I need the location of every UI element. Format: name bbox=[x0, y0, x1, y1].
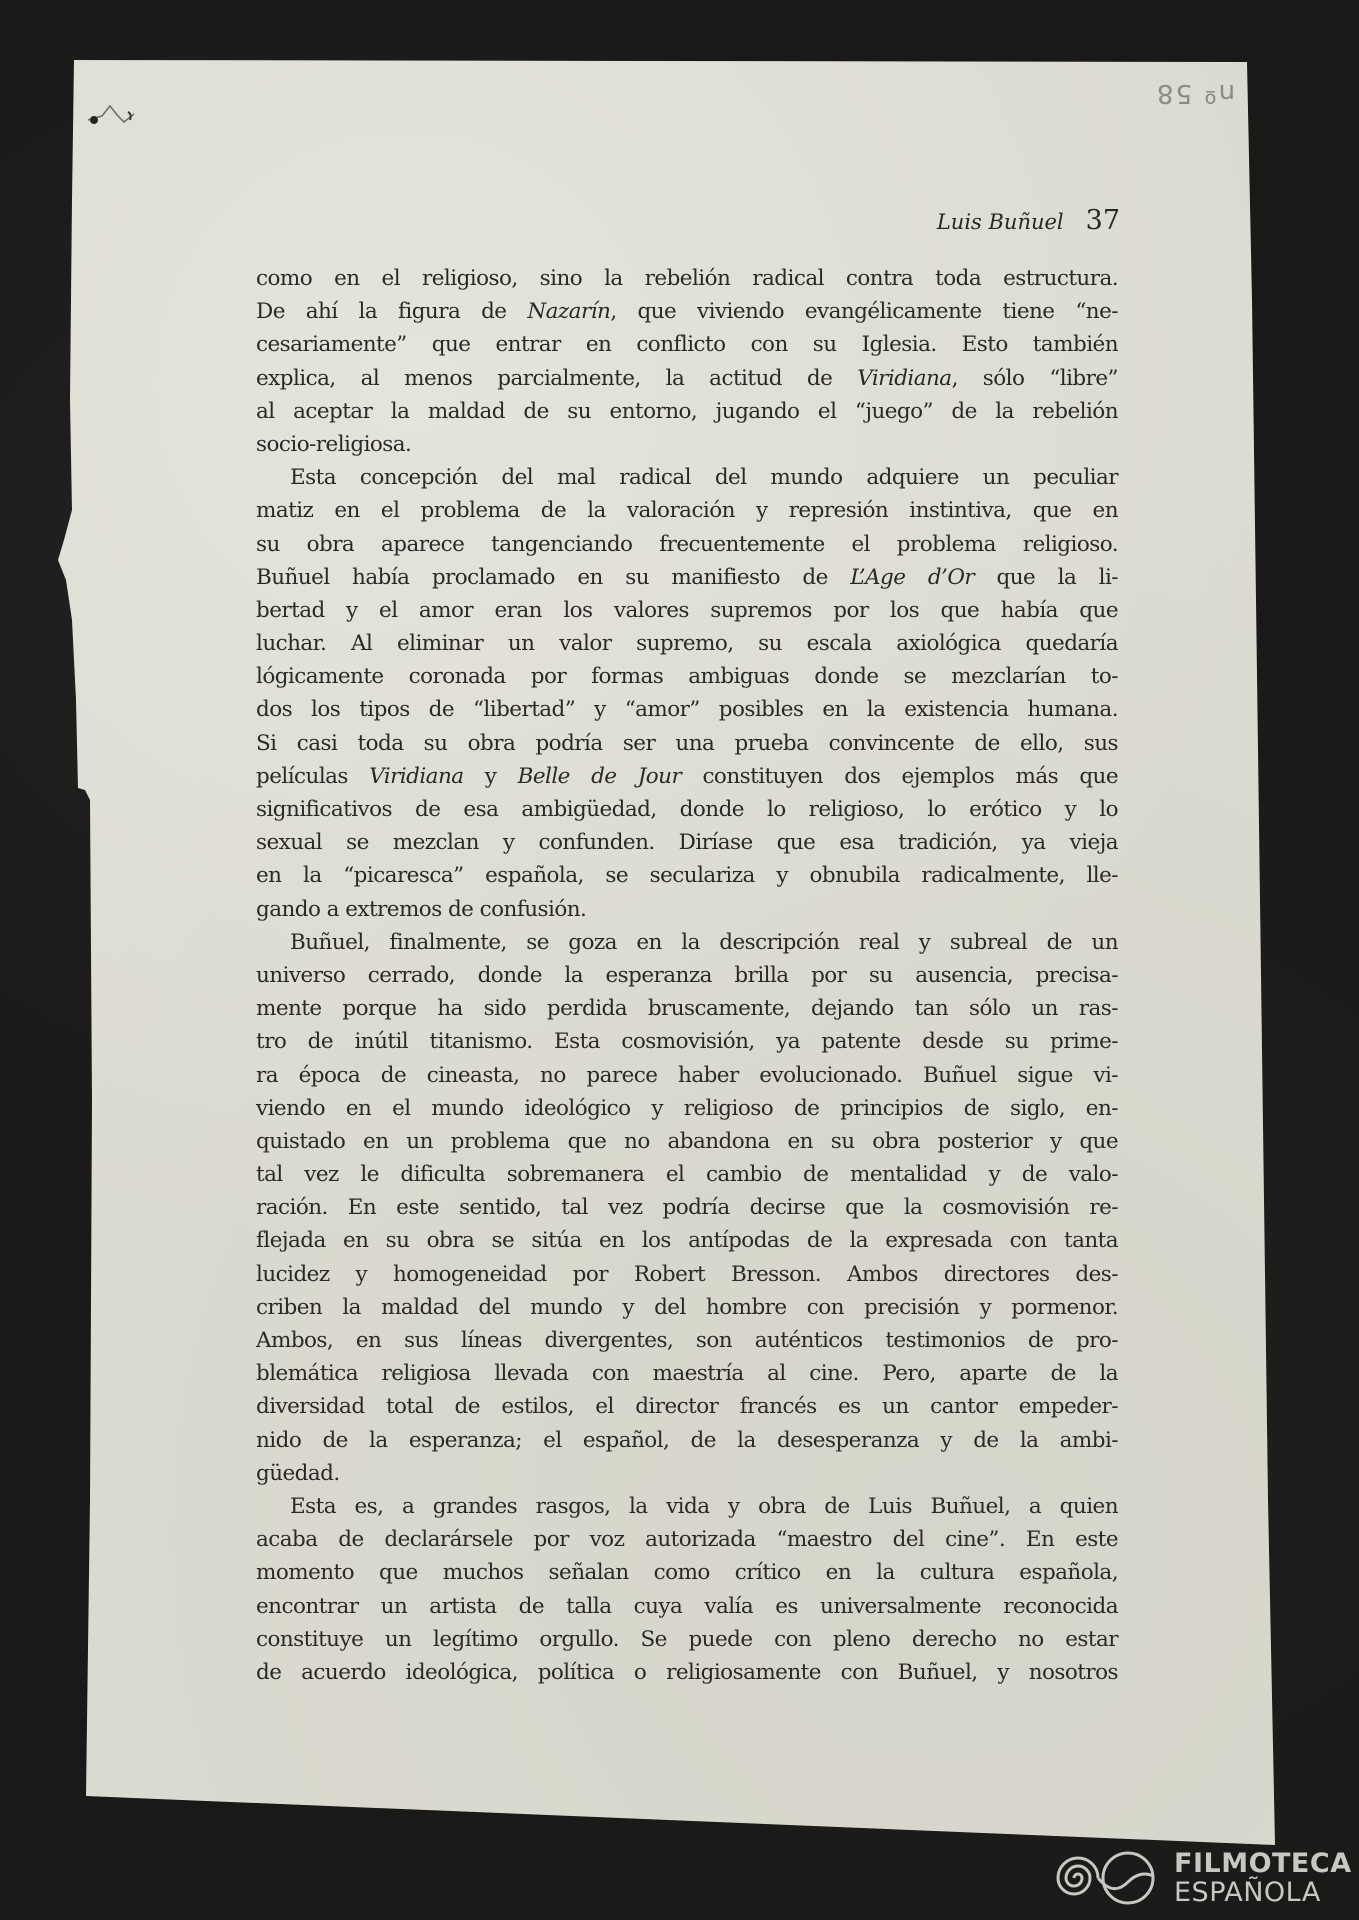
text-line: de acuerdo ideológica, política o religi… bbox=[256, 1656, 1118, 1689]
text-line: lucidez y homogeneidad por Robert Bresso… bbox=[256, 1258, 1118, 1291]
filmoteca-watermark: FILMOTECA ESPAÑOLA bbox=[1050, 1848, 1352, 1908]
text-line: diversidad total de estilos, el director… bbox=[256, 1390, 1118, 1423]
text-line: criben la maldad del mundo y del hombre … bbox=[256, 1291, 1118, 1324]
text-line: como en el religioso, sino la rebelión r… bbox=[256, 262, 1118, 295]
text-line: universo cerrado, donde la esperanza bri… bbox=[256, 959, 1118, 992]
double-spiral-logo-icon bbox=[1050, 1848, 1162, 1908]
text-line: películas Viridiana y Belle de Jour cons… bbox=[256, 760, 1118, 793]
text-line: ración. En este sentido, tal vez podría … bbox=[256, 1191, 1118, 1224]
text-line: luchar. Al eliminar un valor supremo, su… bbox=[256, 627, 1118, 660]
text-line: Buñuel había proclamado en su manifiesto… bbox=[256, 561, 1118, 594]
film-title: Belle de Jour bbox=[518, 764, 682, 789]
text-line: Si casi toda su obra podría ser una prue… bbox=[256, 727, 1118, 760]
text-line: ra época de cineasta, no parece haber ev… bbox=[256, 1059, 1118, 1092]
text-line: Ambos, en sus líneas divergentes, son au… bbox=[256, 1324, 1118, 1357]
running-head-author: Luis Buñuel bbox=[937, 210, 1064, 234]
article-body: como en el religioso, sino la rebelión r… bbox=[256, 262, 1118, 1689]
text-line: güedad. bbox=[256, 1457, 1118, 1490]
text-line: lógicamente coronada por formas ambiguas… bbox=[256, 660, 1118, 693]
text-line: encontrar un artista de talla cuya valía… bbox=[256, 1590, 1118, 1623]
film-title: L’Age d’Or bbox=[850, 565, 974, 590]
text-line: su obra aparece tangenciando frecuenteme… bbox=[256, 528, 1118, 561]
text-line: Esta concepción del mal radical del mund… bbox=[256, 461, 1118, 494]
text-line: al aceptar la maldad de su entorno, juga… bbox=[256, 395, 1118, 428]
handwritten-archive-number: nº 58 bbox=[1155, 78, 1235, 108]
text-line: sexual se mezclan y confunden. Diríase q… bbox=[256, 826, 1118, 859]
text-line: Esta es, a grandes rasgos, la vida y obr… bbox=[256, 1490, 1118, 1523]
text-line: Buñuel, finalmente, se goza en la descri… bbox=[256, 926, 1118, 959]
torn-staple-hole-icon bbox=[84, 102, 144, 130]
text-line: significativos de esa ambigüedad, donde … bbox=[256, 793, 1118, 826]
film-title: Viridiana bbox=[857, 366, 951, 391]
text-line: blemática religiosa llevada con maestría… bbox=[256, 1357, 1118, 1390]
text-line: acaba de declarársele por voz autorizada… bbox=[256, 1523, 1118, 1556]
page-number: 37 bbox=[1086, 205, 1120, 236]
text-line: en la “picaresca” española, se seculariz… bbox=[256, 859, 1118, 892]
text-line: constituye un legítimo orgullo. Se puede… bbox=[256, 1623, 1118, 1656]
text-line: gando a extremos de confusión. bbox=[256, 893, 1118, 926]
film-title: Viridiana bbox=[369, 764, 463, 789]
text-line: mente porque ha sido perdida bruscamente… bbox=[256, 992, 1118, 1025]
text-line: bertad y el amor eran los valores suprem… bbox=[256, 594, 1118, 627]
text-line: tal vez le dificulta sobremanera el camb… bbox=[256, 1158, 1118, 1191]
watermark-line-1: FILMOTECA bbox=[1174, 1850, 1352, 1877]
text-line: tro de inútil titanismo. Esta cosmovisió… bbox=[256, 1025, 1118, 1058]
text-line: matiz en el problema de la valoración y … bbox=[256, 494, 1118, 527]
running-head: Luis Buñuel 37 bbox=[900, 205, 1120, 236]
text-line: De ahí la figura de Nazarín, que viviend… bbox=[256, 295, 1118, 328]
text-line: socio-religiosa. bbox=[256, 428, 1118, 461]
film-title: Nazarín bbox=[527, 299, 610, 324]
text-line: dos los tipos de “libertad” y “amor” pos… bbox=[256, 693, 1118, 726]
text-line: explica, al menos parcialmente, la actit… bbox=[256, 362, 1118, 395]
text-line: cesariamente” que entrar en conflicto co… bbox=[256, 328, 1118, 361]
text-line: flejada en su obra se sitúa en los antíp… bbox=[256, 1224, 1118, 1257]
text-line: nido de la esperanza; el español, de la … bbox=[256, 1424, 1118, 1457]
watermark-line-2: ESPAÑOLA bbox=[1174, 1879, 1352, 1906]
text-line: viendo en el mundo ideológico y religios… bbox=[256, 1092, 1118, 1125]
text-line: quistado en un problema que no abandona … bbox=[256, 1125, 1118, 1158]
text-line: momento que muchos señalan como crítico … bbox=[256, 1556, 1118, 1589]
